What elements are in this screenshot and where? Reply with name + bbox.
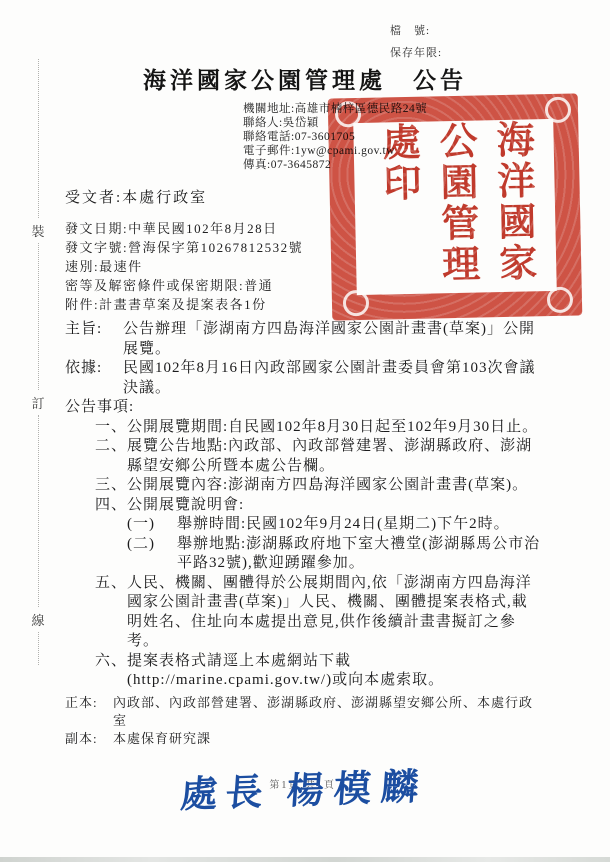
binding-dotted-line [38, 415, 39, 607]
basis-label: 依據: [65, 359, 123, 379]
signature-name: 楊模麟 [285, 766, 429, 812]
subject-label: 主旨: [65, 320, 123, 340]
item-4-sub-1-text: 舉辦時間:民國102年9月24日(星期二)下午2時。 [177, 516, 510, 532]
announcement-text: 主旨:公告辦理「澎湖南方四島海洋國家公園計畫書(草案)」公開展覽。 依據:民國1… [65, 320, 543, 691]
basis-line: 依據:民國102年8月16日內政部國家公園計畫委員會第103次會議決議。 [65, 359, 543, 398]
duplicate-copy-label: 副本: [65, 730, 113, 748]
official-seal-stamp: 海洋國家公園管理處印 [328, 93, 583, 320]
document-title: 海洋國家公園管理處 公告 [0, 62, 610, 95]
director-signature: 處長楊模麟 [178, 755, 430, 818]
item-1: 一、公開展覽期間:自民國102年8月30日起至102年9月30日止。 [95, 418, 543, 438]
binding-mark-ding: 訂 [31, 393, 44, 412]
scan-edge-artifact [0, 857, 610, 862]
item-5-text: 人民、機關、團體得於公展期間內,依「澎湖南方四島海洋國家公園計畫書(草案)」人民… [127, 575, 532, 650]
basis-content: 民國102年8月16日內政部國家公園計畫委員會第103次會議決議。 [123, 360, 536, 396]
item-5-label: 五、 [95, 574, 127, 594]
seal-text: 海洋國家公園管理處印 [368, 119, 543, 295]
binding-marks: 裝 訂 線 [30, 56, 46, 668]
seal-corner-mark [547, 287, 574, 314]
item-4-sub-2-label: (二) [127, 535, 177, 555]
scanned-official-announcement: 裝 訂 線 檔 號: 保存年限: 海洋國家公園管理處 公告 機關地址:高雄市楠梓… [0, 0, 610, 862]
announcement-items: 一、公開展覽期間:自民國102年8月30日起至102年9月30日止。 二、展覽公… [65, 418, 543, 691]
seal-corner-mark [335, 101, 362, 128]
item-4-label: 四、 [95, 496, 127, 516]
item-5: 五、人民、機關、團體得於公展期間內,依「澎湖南方四島海洋國家公園計畫書(草案)」… [95, 574, 543, 652]
original-copy-line: 正本:內政部、內政部營建署、澎湖縣政府、澎湖縣望安鄉公所、本處行政室 [65, 694, 543, 730]
archive-no-label: 檔 號: [390, 20, 442, 42]
signature-role: 處長 [178, 772, 271, 816]
original-copy-label: 正本: [65, 694, 113, 712]
item-2: 二、展覽公告地點:內政部、內政部營建署、澎湖縣政府、澎湖縣望安鄉公所暨本處公告欄… [95, 437, 543, 476]
item-4-sub-1-label: (一) [127, 515, 177, 535]
original-copy-text: 內政部、內政部營建署、澎湖縣政府、澎湖縣望安鄉公所、本處行政室 [113, 695, 533, 728]
item-6-label: 六、 [95, 652, 127, 672]
item-1-text: 公開展覽期間:自民國102年8月30日起至102年9月30日止。 [127, 419, 538, 435]
item-2-text: 展覽公告地點:內政部、內政部營建署、澎湖縣政府、澎湖縣望安鄉公所暨本處公告欄。 [127, 438, 532, 474]
item-1-label: 一、 [95, 418, 127, 438]
binding-mark-zhuang: 裝 [31, 221, 44, 240]
signature-area: 第1頁,共1頁 處長楊模麟 [65, 760, 543, 820]
seal-corner-mark [545, 97, 572, 124]
item-6: 六、提案表格式請逕上本處網站下載(http://marine.cpami.gov… [95, 652, 543, 691]
item-3-label: 三、 [95, 476, 127, 496]
item-3-text: 公開展覽內容:澎湖南方四島海洋國家公園計畫書(草案)。 [127, 477, 528, 493]
duplicate-copy-text: 本處保育研究課 [113, 731, 211, 746]
binding-dotted-line [38, 243, 39, 391]
retention-label: 保存年限: [390, 42, 442, 64]
seal-corner-mark [343, 290, 370, 317]
item-3: 三、公開展覽內容:澎湖南方四島海洋國家公園計畫書(草案)。 [95, 476, 543, 496]
binding-mark-xian: 線 [31, 610, 44, 629]
announcement-heading: 公告事項: [65, 398, 543, 418]
item-6-text: 提案表格式請逕上本處網站下載(http://marine.cpami.gov.t… [127, 653, 444, 689]
item-4: 四、公開展覽說明會: [95, 496, 543, 516]
item-4-sub-2-text: 舉辦地點:澎湖縣政府地下室大禮堂(澎湖縣馬公市治平路32號),歡迎踴躍參加。 [177, 536, 540, 572]
binding-dotted-line [38, 632, 39, 665]
distribution-block: 正本:內政部、內政部營建署、澎湖縣政府、澎湖縣望安鄉公所、本處行政室 副本:本處… [65, 694, 543, 748]
subject-line: 主旨:公告辦理「澎湖南方四島海洋國家公園計畫書(草案)」公開展覽。 [65, 320, 543, 359]
archive-block: 檔 號: 保存年限: [390, 20, 442, 64]
item-2-label: 二、 [95, 437, 127, 457]
subject-content: 公告辦理「澎湖南方四島海洋國家公園計畫書(草案)」公開展覽。 [123, 321, 535, 357]
item-4-sub-1: (一)舉辦時間:民國102年9月24日(星期二)下午2時。 [127, 515, 543, 535]
item-4-sub-2: (二)舉辦地點:澎湖縣政府地下室大禮堂(澎湖縣馬公市治平路32號),歡迎踴躍參加… [127, 535, 543, 574]
duplicate-copy-line: 副本:本處保育研究課 [65, 730, 543, 748]
item-4-text: 公開展覽說明會: [127, 497, 244, 513]
